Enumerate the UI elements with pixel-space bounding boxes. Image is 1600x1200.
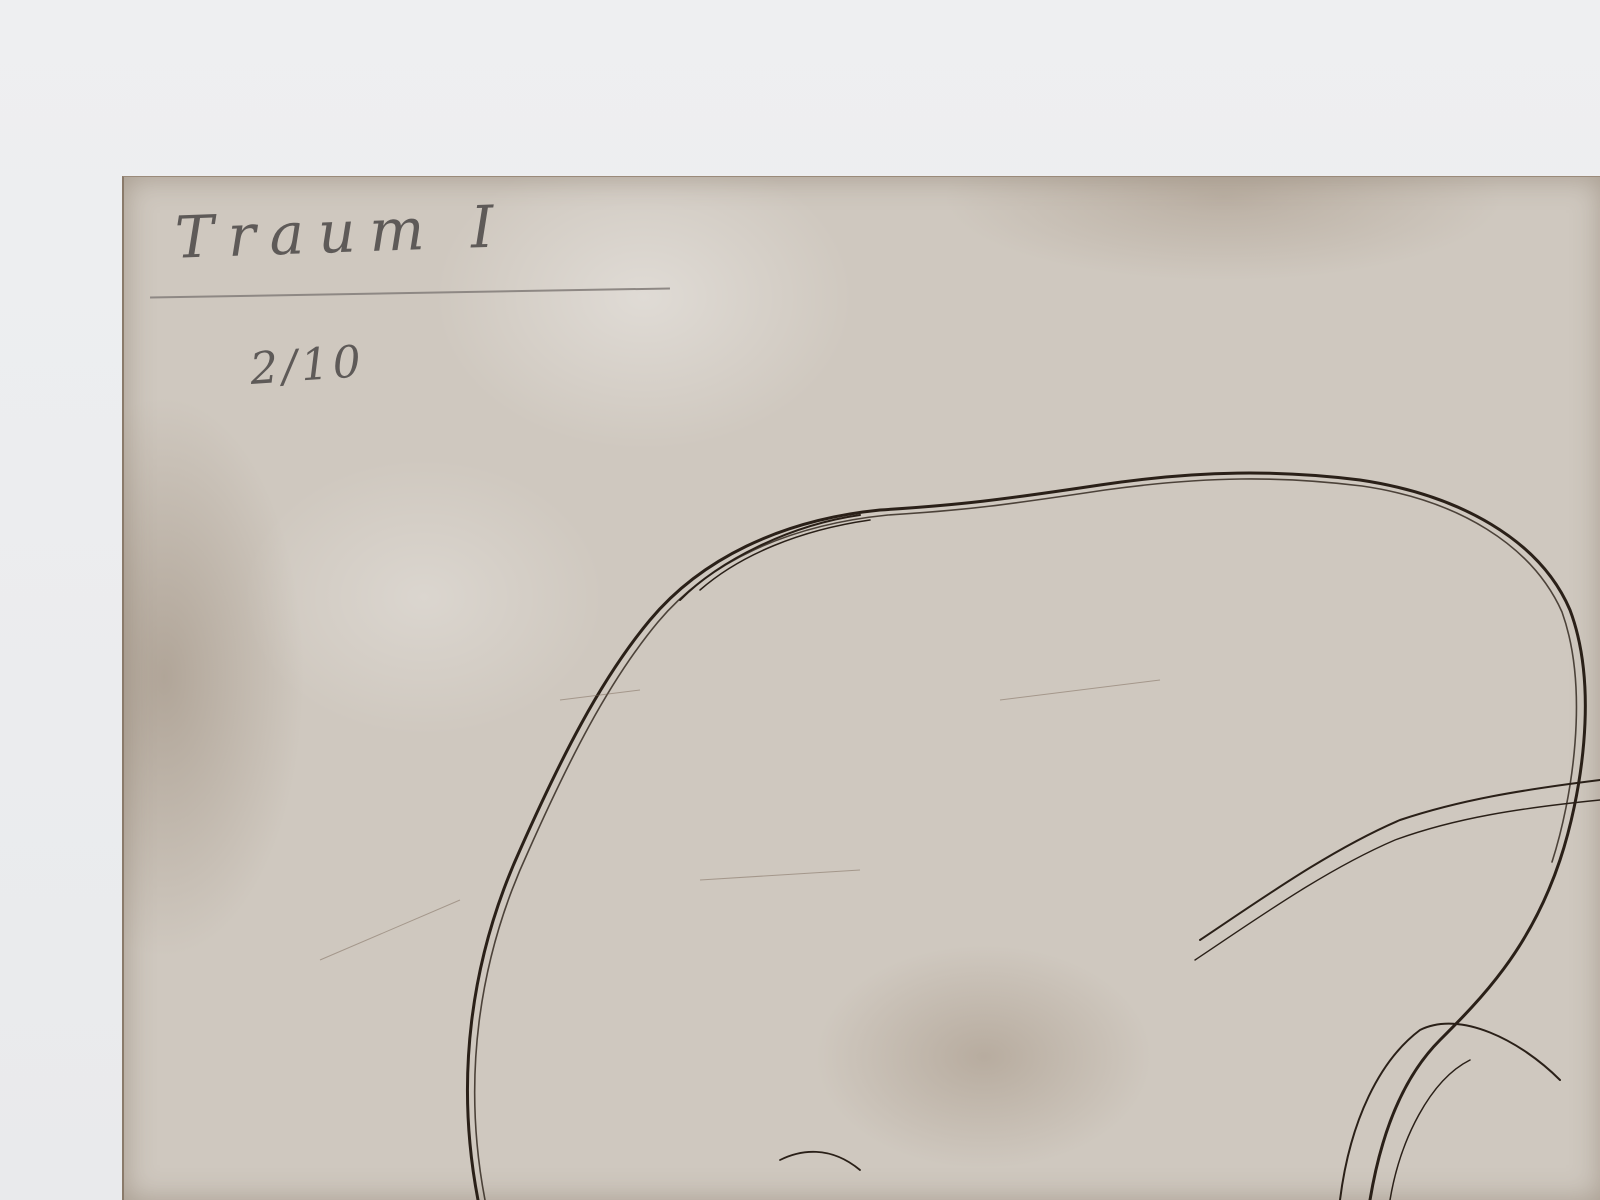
drypoint-figure-lines	[0, 0, 1600, 1200]
